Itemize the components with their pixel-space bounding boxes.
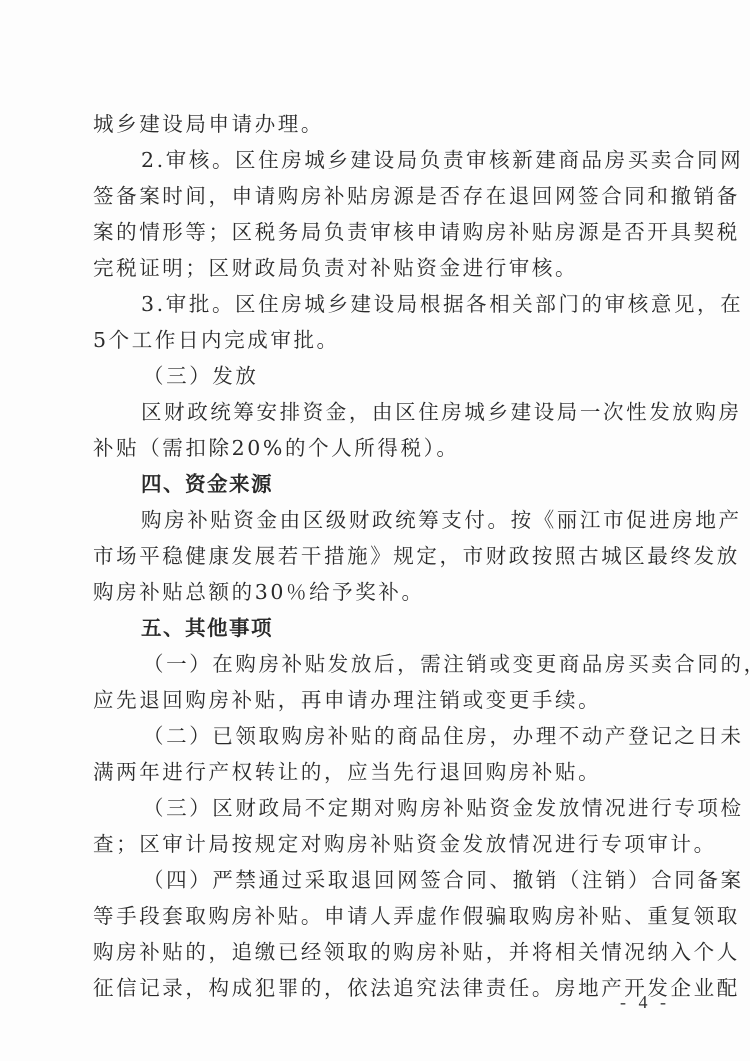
text-line: （二）已领取购房补贴的商品住房，办理不动产登记之日未 bbox=[93, 718, 655, 754]
text-line: 满两年进行产权转让的，应当先行退回购房补贴。 bbox=[93, 754, 655, 790]
text-line: 完税证明；区财政局负责对补贴资金进行审核。 bbox=[93, 250, 655, 286]
text-line: 补贴（需扣除20%的个人所得税）。 bbox=[93, 430, 655, 466]
text-line: 签备案时间，申请购房补贴房源是否存在退回网签合同和撤销备 bbox=[93, 178, 655, 214]
text-line: 应先退回购房补贴，再申请办理注销或变更手续。 bbox=[93, 682, 655, 718]
text-line: （三）区财政局不定期对购房补贴资金发放情况进行专项检 bbox=[93, 790, 655, 826]
text-line: 案的情形等；区税务局负责审核申请购房补贴房源是否开具契税 bbox=[93, 214, 655, 250]
section-heading: 四、资金来源 bbox=[93, 466, 655, 502]
text-line: 购房补贴的，追缴已经领取的购房补贴，并将相关情况纳入个人 bbox=[93, 934, 655, 970]
document-page: 城乡建设局申请办理。 2.审核。区住房城乡建设局负责审核新建商品房买卖合同网 签… bbox=[0, 0, 750, 1061]
subheading: （三）发放 bbox=[93, 358, 655, 394]
text-line: 查；区审计局按规定对购房补贴资金发放情况进行专项审计。 bbox=[93, 826, 655, 862]
text-line: （一）在购房补贴发放后，需注销或变更商品房买卖合同的， bbox=[93, 646, 655, 682]
section-heading: 五、其他事项 bbox=[93, 610, 655, 646]
text-line: （四）严禁通过采取退回网签合同、撤销（注销）合同备案 bbox=[93, 862, 655, 898]
text-line: 3.审批。区住房城乡建设局根据各相关部门的审核意见，在 bbox=[93, 286, 655, 322]
text-line: 等手段套取购房补贴。申请人弄虚作假骗取购房补贴、重复领取 bbox=[93, 898, 655, 934]
text-line: 市场平稳健康发展若干措施》规定，市财政按照古城区最终发放 bbox=[93, 538, 655, 574]
text-line: 购房补贴总额的30％给予奖补。 bbox=[93, 574, 655, 610]
text-line: 购房补贴资金由区级财政统筹支付。按《丽江市促进房地产 bbox=[93, 502, 655, 538]
text-line: 区财政统筹安排资金，由区住房城乡建设局一次性发放购房 bbox=[93, 394, 655, 430]
text-line: 征信记录，构成犯罪的，依法追究法律责任。房地产开发企业配 bbox=[93, 970, 655, 1006]
text-line: 5个工作日内完成审批。 bbox=[93, 322, 655, 358]
text-line: 城乡建设局申请办理。 bbox=[93, 106, 655, 142]
document-body: 城乡建设局申请办理。 2.审核。区住房城乡建设局负责审核新建商品房买卖合同网 签… bbox=[93, 106, 655, 1006]
page-number: - 4 - bbox=[620, 992, 670, 1013]
text-line: 2.审核。区住房城乡建设局负责审核新建商品房买卖合同网 bbox=[93, 142, 655, 178]
